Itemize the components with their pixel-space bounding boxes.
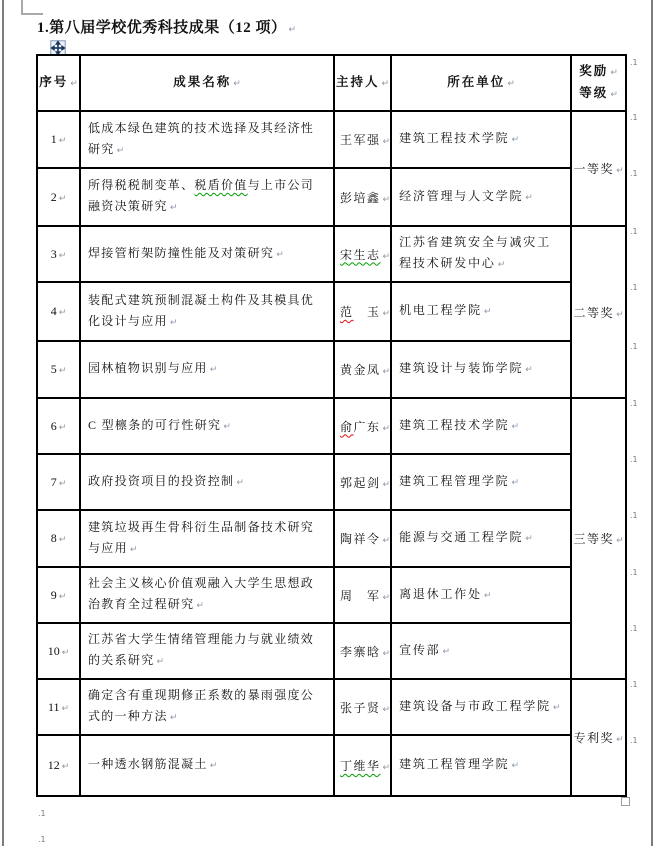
cell-text: 江苏省大学生情绪管理能力与就业绩效的关系研究	[88, 632, 314, 667]
cell-leader[interactable]: 范 玉↵	[334, 282, 391, 341]
cell-text: 郭起剑	[340, 476, 381, 490]
end-of-cell-mark: ↵	[383, 763, 391, 773]
end-of-cell-mark: ↵	[511, 478, 519, 488]
end-of-cell-mark: ↵	[130, 545, 138, 555]
cell-text: 俞	[340, 420, 354, 434]
cell-unit[interactable]: 建筑工程技术学院↵	[391, 111, 571, 168]
cell-text: 政府投资项目的投资控制	[88, 474, 234, 488]
cell-text: 黄金凤	[340, 363, 381, 377]
cell-text: 二等奖	[574, 306, 615, 320]
cell-unit[interactable]: 江苏省建筑安全与减灾工程技术研发中心↵	[391, 226, 571, 282]
end-of-cell-mark: ↵	[59, 136, 67, 146]
cell-leader[interactable]: 丁维华↵	[334, 735, 391, 796]
cell-result-name[interactable]: 焊接管桁架防撞性能及对策研究↵	[80, 226, 334, 282]
table-row: 5↵园林植物识别与应用↵黄金凤↵建筑设计与装饰学院↵	[37, 341, 626, 398]
cell-text: 10	[48, 644, 60, 658]
end-of-cell-mark: ↵	[62, 704, 70, 714]
cell-result-name[interactable]: 政府投资项目的投资控制↵	[80, 454, 334, 510]
end-of-row-mark: .1	[630, 228, 638, 236]
end-of-cell-mark: ↵	[236, 478, 244, 488]
table-resize-handle[interactable]	[621, 797, 630, 806]
col-header-leader[interactable]: 主持人↵	[334, 55, 391, 111]
end-of-cell-mark: ↵	[507, 79, 515, 89]
end-of-cell-mark: ↵	[383, 593, 391, 603]
end-of-cell-mark: ↵	[59, 592, 67, 602]
end-of-cell-mark: ↵	[484, 591, 492, 601]
end-of-cell-mark: ↵	[210, 761, 218, 771]
cell-text: 12	[48, 758, 60, 772]
header-text: 所在单位	[447, 75, 505, 89]
cell-index[interactable]: 9↵	[37, 567, 80, 623]
cell-unit[interactable]: 离退休工作处↵	[391, 567, 571, 623]
cell-unit[interactable]: 建筑工程管理学院↵	[391, 735, 571, 796]
cell-index[interactable]: 10↵	[37, 623, 80, 679]
cell-award-level[interactable]: 二等奖↵	[571, 226, 626, 398]
cell-award-level[interactable]: 一等奖↵	[571, 111, 626, 226]
end-of-cell-mark: ↵	[610, 90, 618, 100]
end-of-row-mark: .1	[630, 456, 638, 464]
end-of-cell-mark: ↵	[511, 761, 519, 771]
cell-text: 1	[51, 132, 57, 146]
table-row: 9↵社会主义核心价值观融入大学生思想政治教育全过程研究↵周 军↵离退休工作处↵	[37, 567, 626, 623]
cell-leader[interactable]: 俞广东↵	[334, 398, 391, 454]
end-of-cell-mark: ↵	[70, 79, 78, 89]
end-of-cell-mark: ↵	[62, 648, 70, 658]
cell-text: 8	[51, 531, 57, 545]
cell-result-name[interactable]: 装配式建筑预制混凝土构件及其模具优化设计与应用↵	[80, 282, 334, 341]
col-header-name[interactable]: 成果名称↵	[80, 55, 334, 111]
cell-text: 4	[51, 304, 57, 318]
cell-text: 建筑工程技术学院	[399, 418, 509, 432]
cell-unit[interactable]: 经济管理与人文学院↵	[391, 168, 571, 226]
table-row: 12↵一种透水钢筋混凝土↵丁维华↵建筑工程管理学院↵	[37, 735, 626, 796]
header-text: 成果名称	[173, 75, 231, 89]
cell-result-name[interactable]: 所得税税制变革、税盾价值与上市公司融资决策研究↵	[80, 168, 334, 226]
table-row: 2↵所得税税制变革、税盾价值与上市公司融资决策研究↵彭培鑫↵经济管理与人文学院↵	[37, 168, 626, 226]
header-text: 主持人	[336, 75, 380, 89]
cell-leader[interactable]: 宋生志↵	[334, 226, 391, 282]
end-of-cell-mark: ↵	[59, 423, 67, 433]
table-row: 1↵低成本绿色建筑的技术选择及其经济性研究↵王军强↵建筑工程技术学院↵一等奖↵	[37, 111, 626, 168]
end-of-cell-mark: ↵	[383, 195, 391, 205]
cell-text: 机电工程学院	[399, 303, 482, 317]
end-of-cell-mark: ↵	[553, 703, 561, 713]
cell-index[interactable]: 1↵	[37, 111, 80, 168]
cell-text: 丁维华	[340, 759, 381, 773]
cell-text: 5	[51, 362, 57, 376]
cell-text: 玉	[354, 305, 381, 319]
cell-leader[interactable]: 李寨晗↵	[334, 623, 391, 679]
cell-text: 范	[340, 305, 354, 319]
table-row: 8↵建筑垃圾再生骨科衍生品制备技术研究与应用↵陶祥令↵能源与交通工程学院↵	[37, 510, 626, 567]
col-header-index[interactable]: 序号↵	[37, 55, 80, 111]
end-of-cell-mark: ↵	[616, 310, 624, 320]
cell-index[interactable]: 11↵	[37, 679, 80, 735]
header-text: 序号	[39, 75, 68, 89]
end-of-row-mark: .1	[38, 836, 46, 844]
end-of-cell-mark: ↵	[59, 366, 67, 376]
cell-text: 3	[51, 247, 57, 261]
end-of-cell-mark: ↵	[616, 536, 624, 546]
end-of-row-mark: .1	[630, 681, 638, 689]
end-of-cell-mark: ↵	[382, 79, 390, 89]
cell-award-level[interactable]: 三等奖↵	[571, 398, 626, 679]
end-of-row-mark: .1	[38, 810, 46, 818]
cell-index[interactable]: 3↵	[37, 226, 80, 282]
text-boundary-corner	[21, 0, 23, 14]
cell-text: 王军强	[340, 133, 381, 147]
cell-index[interactable]: 2↵	[37, 168, 80, 226]
cell-text: 江苏省建筑安全与减灾工程技术研发中心	[399, 235, 551, 270]
end-of-cell-mark: ↵	[233, 79, 241, 89]
cell-unit[interactable]: 建筑工程技术学院↵	[391, 398, 571, 454]
end-of-cell-mark: ↵	[616, 735, 624, 745]
cell-index[interactable]: 5↵	[37, 341, 80, 398]
col-header-unit[interactable]: 所在单位↵	[391, 55, 571, 111]
end-of-row-mark: .1	[630, 569, 638, 577]
end-of-cell-mark: ↵	[170, 318, 178, 328]
end-of-cell-mark: ↵	[511, 135, 519, 145]
end-of-cell-mark: ↵	[383, 137, 391, 147]
end-of-cell-mark: ↵	[117, 146, 125, 156]
end-of-row-mark: .1	[630, 284, 638, 292]
cell-unit[interactable]: 机电工程学院↵	[391, 282, 571, 341]
cell-text: 2	[51, 190, 57, 204]
table-row: 4↵装配式建筑预制混凝土构件及其模具优化设计与应用↵范 玉↵机电工程学院↵	[37, 282, 626, 341]
cell-text: 李寨晗	[340, 645, 381, 659]
section-title[interactable]: 1.第八届学校优秀科技成果（12 项）↵	[37, 16, 296, 37]
end-of-row-mark: .1	[630, 114, 638, 122]
cell-text: 6	[51, 419, 57, 433]
cell-text: 离退休工作处	[399, 587, 482, 601]
cell-text: 建筑工程管理学院	[399, 474, 509, 488]
cell-text: 宋生志	[340, 248, 381, 262]
cell-text: 7	[51, 475, 57, 489]
cell-unit[interactable]: 建筑设计与装饰学院↵	[391, 341, 571, 398]
cell-result-name[interactable]: 确定含有重现期修正系数的暴雨强度公式的一种方法↵	[80, 679, 334, 735]
cell-result-name[interactable]: C 型檩条的可行性研究↵	[80, 398, 334, 454]
cell-text: 三等奖	[574, 532, 615, 546]
cell-text: 张子贤	[340, 701, 381, 715]
cell-leader[interactable]: 周 军↵	[334, 567, 391, 623]
end-of-cell-mark: ↵	[210, 365, 218, 375]
cell-award-level[interactable]: 专利奖↵	[571, 679, 626, 796]
end-of-cell-mark: ↵	[196, 601, 204, 611]
cell-leader[interactable]: 王军强↵	[334, 111, 391, 168]
cell-text: 彭培鑫	[340, 191, 381, 205]
end-of-cell-mark: ↵	[62, 762, 70, 772]
table-row: 7↵政府投资项目的投资控制↵郭起剑↵建筑工程管理学院↵	[37, 454, 626, 510]
end-of-cell-mark: ↵	[383, 309, 391, 319]
cell-index[interactable]: 6↵	[37, 398, 80, 454]
end-of-cell-mark: ↵	[525, 534, 533, 544]
document-page: 1.第八届学校优秀科技成果（12 项）↵ 序号↵ 成果名称↵ 主持人↵ 所在单位…	[0, 0, 655, 846]
page-right-boundary	[651, 0, 653, 846]
cell-text: 专利奖	[574, 731, 615, 745]
cell-leader[interactable]: 郭起剑↵	[334, 454, 391, 510]
end-of-row-mark: .1	[630, 400, 638, 408]
end-of-cell-mark: ↵	[223, 422, 231, 432]
table-row: 10↵江苏省大学生情绪管理能力与就业绩效的关系研究↵李寨晗↵宣传部↵	[37, 623, 626, 679]
table-row: 3↵焊接管桁架防撞性能及对策研究↵宋生志↵江苏省建筑安全与减灾工程技术研发中心↵…	[37, 226, 626, 282]
end-of-cell-mark: ↵	[383, 536, 391, 546]
cell-text: 建筑工程管理学院	[399, 757, 509, 771]
end-of-cell-mark: ↵	[276, 250, 284, 260]
page-left-boundary	[2, 0, 4, 846]
cell-leader[interactable]: 张子贤↵	[334, 679, 391, 735]
cell-result-name[interactable]: 低成本绿色建筑的技术选择及其经济性研究↵	[80, 111, 334, 168]
cell-index[interactable]: 7↵	[37, 454, 80, 510]
end-of-cell-mark: ↵	[616, 166, 624, 176]
cell-result-name[interactable]: 社会主义核心价值观融入大学生思想政治教育全过程研究↵	[80, 567, 334, 623]
header-text: 奖励	[579, 64, 608, 78]
cell-index[interactable]: 4↵	[37, 282, 80, 341]
end-of-cell-mark: ↵	[59, 479, 67, 489]
end-of-cell-mark: ↵	[610, 68, 618, 78]
paragraph-mark: ↵	[289, 25, 297, 35]
end-of-row-mark: .1	[630, 59, 638, 67]
end-of-cell-mark: ↵	[383, 252, 391, 262]
cell-text: 园林植物识别与应用	[88, 361, 208, 375]
end-of-row-mark: .1	[630, 170, 638, 178]
end-of-cell-mark: ↵	[157, 657, 165, 667]
end-of-cell-mark: ↵	[525, 193, 533, 203]
cell-text: 建筑垃圾再生骨科衍生品制备技术研究与应用	[88, 520, 314, 555]
end-of-row-mark: .1	[630, 343, 638, 351]
end-of-cell-mark: ↵	[59, 251, 67, 261]
end-of-row-mark: .1	[630, 625, 638, 633]
cell-text: 焊接管桁架防撞性能及对策研究	[88, 246, 274, 260]
end-of-row-mark: .1	[630, 512, 638, 520]
cell-index[interactable]: 12↵	[37, 735, 80, 796]
cell-text: 一种透水钢筋混凝土	[88, 757, 208, 771]
end-of-cell-mark: ↵	[170, 203, 178, 213]
end-of-cell-mark: ↵	[170, 713, 178, 723]
cell-text: 经济管理与人文学院	[399, 189, 523, 203]
end-of-cell-mark: ↵	[383, 649, 391, 659]
header-text: 等级	[579, 86, 608, 100]
cell-text: 建筑设备与市政工程学院	[399, 699, 551, 713]
end-of-cell-mark: ↵	[59, 535, 67, 545]
cell-text: 税盾价值	[194, 178, 247, 192]
cell-text: 所得税税制变革、	[88, 178, 194, 192]
col-header-award[interactable]: 奖励↵等级↵	[571, 55, 626, 111]
cell-text: 11	[48, 700, 60, 714]
cell-text: 9	[51, 588, 57, 602]
cell-text: C 型檩条的可行性研究	[88, 418, 221, 432]
text-boundary-corner	[21, 13, 43, 15]
cell-text: 周 军	[340, 589, 381, 603]
end-of-cell-mark: ↵	[383, 480, 391, 490]
end-of-cell-mark: ↵	[383, 367, 391, 377]
cell-text: 确定含有重现期修正系数的暴雨强度公式的一种方法	[88, 688, 314, 723]
end-of-cell-mark: ↵	[59, 194, 67, 204]
end-of-cell-mark: ↵	[383, 424, 391, 434]
cell-text: 广东	[354, 420, 381, 434]
end-of-cell-mark: ↵	[383, 705, 391, 715]
cell-text: 装配式建筑预制混凝土构件及其模具优化设计与应用	[88, 293, 314, 328]
cell-text: 能源与交通工程学院	[399, 530, 523, 544]
end-of-cell-mark: ↵	[498, 260, 506, 270]
cell-unit[interactable]: 宣传部↵	[391, 623, 571, 679]
cell-result-name[interactable]: 园林植物识别与应用↵	[80, 341, 334, 398]
section-title-text: 1.第八届学校优秀科技成果（12 项）	[37, 20, 287, 36]
cell-text: 宣传部	[399, 643, 440, 657]
table-row: 11↵ 确定含有重现期修正系数的暴雨强度公式的一种方法↵张子贤↵建筑设备与市政工…	[37, 679, 626, 735]
end-of-cell-mark: ↵	[525, 365, 533, 375]
cell-leader[interactable]: 彭培鑫↵	[334, 168, 391, 226]
cell-text: 一等奖	[574, 162, 615, 176]
end-of-cell-mark: ↵	[59, 308, 67, 318]
end-of-row-mark: .1	[630, 737, 638, 745]
end-of-cell-mark: ↵	[442, 647, 450, 657]
header-row: 序号↵ 成果名称↵ 主持人↵ 所在单位↵ 奖励↵等级↵	[37, 55, 626, 111]
cell-text: 陶祥令	[340, 532, 381, 546]
cell-result-name[interactable]: 江苏省大学生情绪管理能力与就业绩效的关系研究↵	[80, 623, 334, 679]
cell-unit[interactable]: 建筑工程管理学院↵	[391, 454, 571, 510]
cell-leader[interactable]: 黄金凤↵	[334, 341, 391, 398]
achievements-table[interactable]: 序号↵ 成果名称↵ 主持人↵ 所在单位↵ 奖励↵等级↵ 1↵低成本绿色建筑的技术…	[36, 54, 627, 797]
cell-result-name[interactable]: 建筑垃圾再生骨科衍生品制备技术研究与应用↵	[80, 510, 334, 567]
cell-text: 建筑工程技术学院	[399, 131, 509, 145]
cell-unit[interactable]: 能源与交通工程学院↵	[391, 510, 571, 567]
end-of-cell-mark: ↵	[511, 422, 519, 432]
cell-index[interactable]: 8↵	[37, 510, 80, 567]
table-row: 6↵C 型檩条的可行性研究↵俞广东↵建筑工程技术学院↵三等奖↵	[37, 398, 626, 454]
end-of-cell-mark: ↵	[484, 307, 492, 317]
cell-result-name[interactable]: 一种透水钢筋混凝土↵	[80, 735, 334, 796]
cell-text: 建筑设计与装饰学院	[399, 361, 523, 375]
cell-leader[interactable]: 陶祥令↵	[334, 510, 391, 567]
cell-unit[interactable]: 建筑设备与市政工程学院↵	[391, 679, 571, 735]
